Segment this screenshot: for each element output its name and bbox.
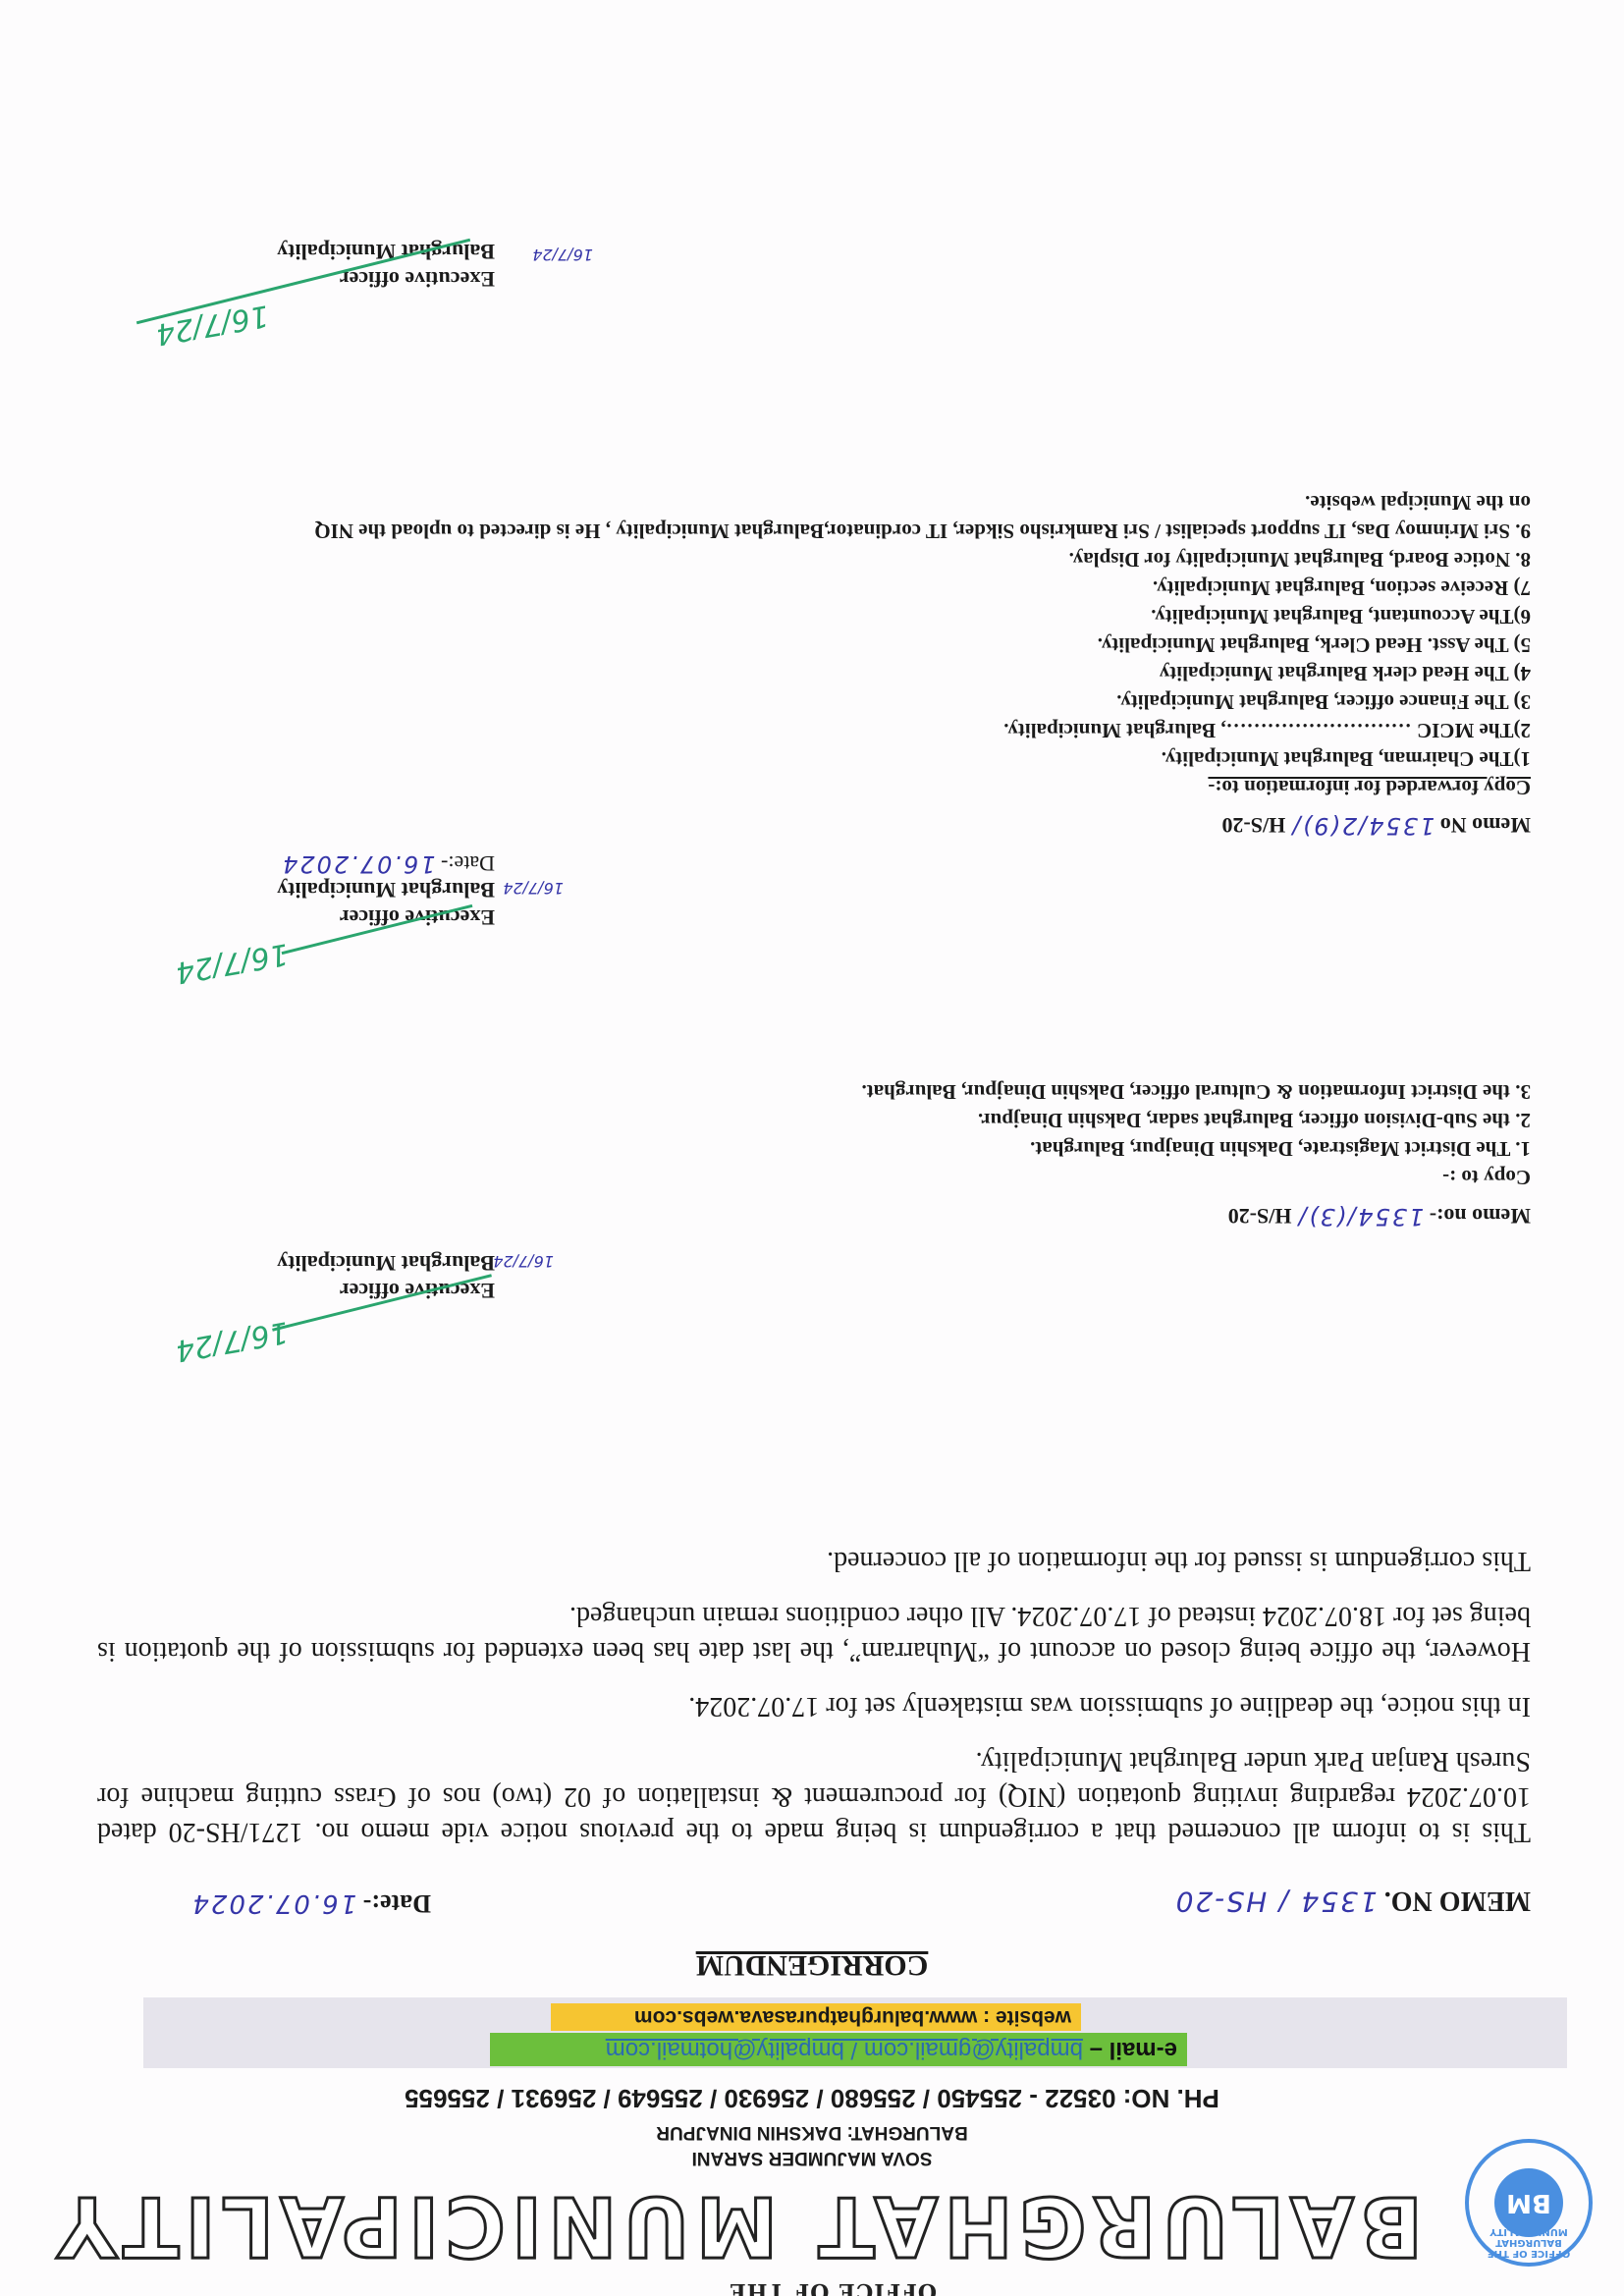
list-item: 7) Receive section, Balurghat Municipali…: [314, 574, 1531, 602]
memo-value-handwritten: 1354 / HS-20: [1174, 1886, 1378, 1918]
list-item: 1)The Chairman, Balurghat Municipality.: [314, 744, 1531, 773]
address-line-2: BALURGHAT: DAKSHIN DINAJPUR: [0, 2121, 1624, 2143]
copy-forward-list: Copy forwarded for information to:- 1)Th…: [314, 488, 1531, 801]
list-item: 3) The Finance officer, Balurghat Munici…: [314, 687, 1531, 716]
signatory-org: Balurghat Municipality: [277, 1249, 495, 1277]
list-item: 2)The MCIC ………………………, Balurghat Municipa…: [314, 716, 1531, 744]
memo-suffix: H/S-20: [1228, 1204, 1292, 1229]
list-item: 5) The Asst. Head Clerk, Balurghat Munic…: [314, 630, 1531, 659]
memo-label: Memo No: [1440, 813, 1531, 838]
list-item: 6)The Accountant, Balurghat Municipality…: [314, 602, 1531, 630]
document-page: OFFICE OF THE OFFICE OF THE BALURGHAT MU…: [0, 0, 1624, 2296]
phone-numbers: PH. NO: 03522 - 255450 / 255680 / 256930…: [0, 2083, 1624, 2113]
memo-handwritten: 1354/2(9)/: [1291, 812, 1435, 840]
email-link[interactable]: bmpality@gmail.com / bmpality@hotmail.co…: [606, 2037, 1083, 2063]
list-item: 9. Sri Mrinmoy Das, IT support specialis…: [314, 517, 1531, 545]
signature-handwritten-date: 16/7/24: [173, 1314, 291, 1368]
website-link[interactable]: website : www.balurghatpurasava.webs.com: [551, 2003, 1081, 2031]
document-heading: CORRIGENDUM: [0, 1948, 1624, 1982]
memo-handwritten: 1354/(3)/: [1297, 1203, 1424, 1230]
list-item: 3. the District Information & Cultural o…: [861, 1077, 1531, 1106]
list-item: on the Municipal website.: [314, 488, 1531, 517]
memo-date: Date:- 16.07.2024: [190, 1888, 431, 1918]
copy-forward-label: Copy forwarded for information to:-: [314, 773, 1531, 801]
date-handwritten: 16.07.2024: [281, 850, 435, 878]
signature-block-3: Executive officer Balurghat Municipality: [277, 238, 495, 293]
signature-block-1: Executive officer Balurghat Municipality: [277, 1249, 495, 1304]
contact-band: e-mail – bmpality@gmail.com / bmpality@h…: [143, 1997, 1567, 2068]
memo-label: Memo no:-: [1430, 1204, 1531, 1229]
list-item: 4) The Head clerk Balurghat Municipality: [314, 659, 1531, 687]
email-label: e-mail –: [1090, 2037, 1177, 2063]
copy-to-list-1: Copy to :- 1. The District Magistrate, D…: [861, 1077, 1531, 1191]
copy-memo-2: Memo No 1354/2(9)/ H/S-20: [1221, 812, 1531, 840]
signature-handwritten-date: 16/7/24: [173, 936, 291, 990]
memo-label: MEMO NO.: [1384, 1886, 1531, 1916]
initials-handwritten: 16/7/24: [532, 246, 593, 263]
email-bar: e-mail – bmpality@gmail.com / bmpality@h…: [490, 2033, 1187, 2066]
list-item: 8. Notice Board, Balurghat Municipality …: [314, 545, 1531, 574]
signatory-org: Balurghat Municipality: [277, 876, 495, 903]
body-paragraph: In this notice, the deadline of submissi…: [97, 1688, 1531, 1723]
office-of-label: OFFICE OF THE: [729, 2278, 937, 2296]
letterhead-title: BALURGHAT MUNICIPALITY: [51, 2178, 1423, 2274]
memo-number: MEMO NO. 1354 / HS-20: [1174, 1885, 1531, 1918]
date-handwritten: 16.07.2024: [190, 1888, 356, 1918]
body-paragraph: However, the office being closed on acco…: [97, 1598, 1531, 1668]
memo-suffix: H/S-20: [1221, 813, 1285, 838]
copy-memo-1: Memo no:- 1354/(3)/ H/S-20: [1228, 1203, 1531, 1230]
initials-handwritten: 16/7/24: [503, 879, 564, 897]
body-paragraph: This is to inform all concerned that a c…: [97, 1743, 1531, 1849]
signature-block-2: Executive officer Balurghat Municipality: [277, 876, 495, 931]
date-label: Date:-: [363, 1889, 431, 1918]
signature-date-2: Date:- 16.07.2024: [281, 850, 495, 878]
list-item: 2. the Sub-Division officer, Balurghat s…: [861, 1106, 1531, 1134]
initials-handwritten: 16/7/24: [493, 1252, 554, 1270]
copy-to-label: Copy to :-: [861, 1163, 1531, 1191]
body-text: This is to inform all concerned that a c…: [97, 1523, 1531, 1849]
list-item: 1. The District Magistrate, Dakshin Dina…: [861, 1134, 1531, 1163]
date-label: Date:-: [441, 851, 495, 876]
address-line-1: SOVA MAJUMDER SARANI: [0, 2147, 1624, 2168]
signature-handwritten-date: 16/7/24: [153, 298, 271, 352]
body-paragraph: This corrigendum is issued for the infor…: [97, 1543, 1531, 1578]
seal-text: OFFICE OF THE BALURGHAT MUNICIPALITY: [1469, 2226, 1589, 2259]
